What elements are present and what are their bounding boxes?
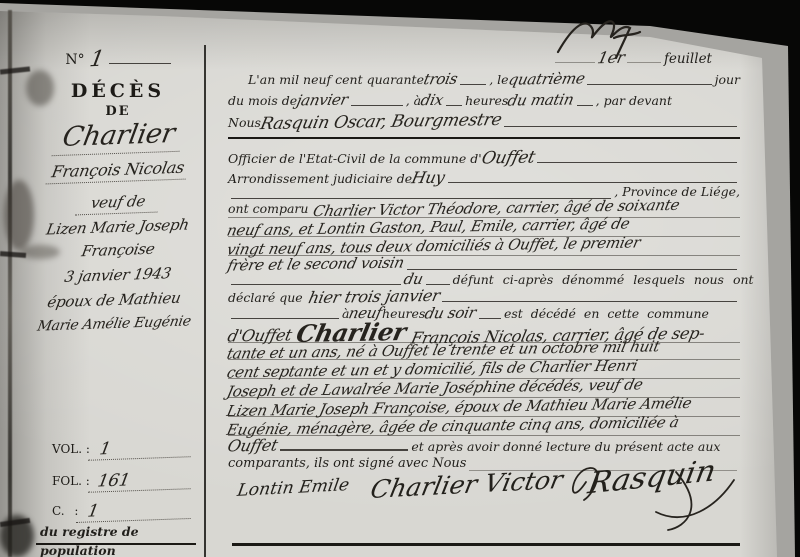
deceased-given-names-row: François Nicolas: [34, 160, 202, 182]
binding-crease: [8, 10, 12, 557]
act-line-comparant2: neuf ans, et Lontin Gaston, Paul, Emile,…: [228, 218, 740, 237]
blank-rule: [446, 105, 462, 106]
widow-name-row: Lizen Marie Joseph: [26, 217, 210, 236]
handwritten-text: du matin: [506, 90, 575, 109]
folio-word: feuillet: [664, 51, 712, 67]
act-number-label: N°: [65, 52, 84, 68]
blank-rule: [109, 63, 171, 64]
blank-rule: [577, 105, 593, 106]
vol-label: VOL. :: [52, 442, 90, 456]
blank-rule: [460, 84, 486, 85]
fol-label: FOL. :: [52, 474, 90, 488]
c-value: 1: [76, 498, 194, 523]
widow-name-line2: Françoise: [80, 240, 156, 261]
printed-text: défunt ci-après dénommé lesquels nous on…: [453, 272, 754, 287]
handwritten-text: Ouffet: [479, 148, 536, 169]
vol-row: VOL. : 1: [52, 438, 192, 459]
death-date: 3 janvier 1943: [63, 264, 173, 286]
printed-text: du mois de: [228, 93, 297, 108]
act-line-officer-name: Nous Rasquin Oscar, Bourgmestre: [228, 112, 740, 130]
blank-rule: [442, 301, 737, 302]
blank-rule: [448, 182, 737, 183]
veuf-de-row: veuf de: [34, 192, 202, 214]
scanned-death-record: N° 1 DÉCÈS DE Charlier François Nicolas …: [0, 0, 800, 557]
act-number-value: 1: [87, 47, 105, 72]
handwritten-text: dix: [419, 91, 445, 109]
deceased-surname-row: Charlier: [34, 120, 202, 154]
blank-rule: [231, 284, 401, 285]
blank-rule: [351, 105, 403, 106]
act-line-comparant1: ont comparu Charlier Victor Théodore, ca…: [228, 199, 740, 218]
blank-rule: [537, 162, 737, 163]
c-row: C. : 1: [52, 500, 192, 521]
register-note: du registre de population: [40, 524, 139, 557]
printed-text: Officier de l'Etat-Civil de la commune d…: [228, 151, 482, 166]
spouse-names: Marie Amélie Eugénie: [36, 313, 192, 334]
blank-rule: [504, 126, 737, 127]
act-number-row: N° 1: [34, 45, 202, 71]
blank-rule: [627, 62, 661, 63]
blank-rule: [587, 84, 712, 85]
epoux-de-note: époux de Mathieu: [46, 289, 182, 312]
act-line-declare: déclaré que hier trois janvier: [228, 287, 740, 305]
blank-rule: [426, 284, 450, 285]
blank-rule: [280, 449, 408, 451]
printed-text: , le: [489, 72, 508, 87]
margin-title-de: DE: [34, 104, 202, 119]
death-date-row: 3 janvier 1943: [34, 265, 202, 284]
act-bottom-rule: [232, 543, 740, 546]
act-line-commune: Officier de l'Etat-Civil de la commune d…: [228, 148, 740, 166]
printed-text: , par devant: [596, 93, 672, 108]
printed-text: L'an mil neuf cent quarante: [248, 72, 424, 87]
signature-rasquin-flourish: [556, 452, 746, 532]
section-rule: [228, 137, 740, 139]
handwritten-text: Rasquin Oscar, Bourgmestre: [258, 110, 503, 134]
act-line-year: L'an mil neuf cent quarante trois , le q…: [228, 70, 740, 88]
printed-text: comparants, ils ont signé avec Nous: [228, 456, 466, 471]
deceased-given-names: François Nicolas: [46, 158, 190, 185]
printed-text: Nous: [228, 115, 261, 130]
spouse-names-row: Marie Amélie Eugénie: [20, 313, 208, 332]
veuf-de-note: veuf de: [75, 192, 161, 216]
act-line-month: du mois de janvier , à dix heures du mat…: [228, 91, 740, 109]
printed-text: jour: [715, 72, 740, 87]
act-line-deceased3: cent septante et un et y domicilié, fils…: [228, 360, 740, 379]
deceased-surname: Charlier: [51, 118, 185, 156]
vol-value: 1: [88, 436, 194, 461]
ink-smudge: [4, 180, 34, 250]
act-line-deceased2: tante et un ans, né à Ouffet le trente e…: [228, 341, 740, 360]
margin-title-deces: DÉCÈS: [34, 80, 202, 102]
handwritten-text: Ouffet: [226, 436, 280, 456]
fol-row: FOL. : 161: [52, 470, 192, 491]
register-note-row: du registre de population: [40, 521, 200, 557]
widow-name-row2: Françoise: [34, 240, 202, 259]
c-label: C. :: [52, 504, 78, 518]
blank-rule: [555, 62, 595, 63]
act-line-comparant3: vingt neuf ans, tous deux domiciliés à O…: [228, 237, 740, 256]
handwritten-text: trois: [422, 70, 459, 89]
printed-text: ont comparu: [228, 201, 308, 216]
act-line-deceased6: Eugénie, ménagère, âgée de cinquante cin…: [228, 417, 740, 436]
printed-text: déclaré que: [228, 290, 303, 305]
fol-value: 161: [88, 468, 195, 493]
act-line-deceased1: d'Ouffet Charlier François Nicolas, carr…: [228, 318, 740, 343]
widow-name-line1: Lizen Marie Joseph: [45, 216, 191, 239]
printed-text: heures: [465, 93, 508, 108]
folio-line: 1er feuillet: [228, 48, 740, 66]
handwritten-text: quatrième: [506, 69, 586, 88]
margin-bottom-rule: [36, 543, 196, 545]
folio-number-hw: 1er: [595, 48, 626, 67]
handwritten-text: janvier: [295, 91, 350, 110]
act-line-defunt: du défunt ci-après dénommé lesquels nous…: [228, 270, 740, 288]
epoux-de-row: époux de Mathieu: [22, 290, 206, 309]
